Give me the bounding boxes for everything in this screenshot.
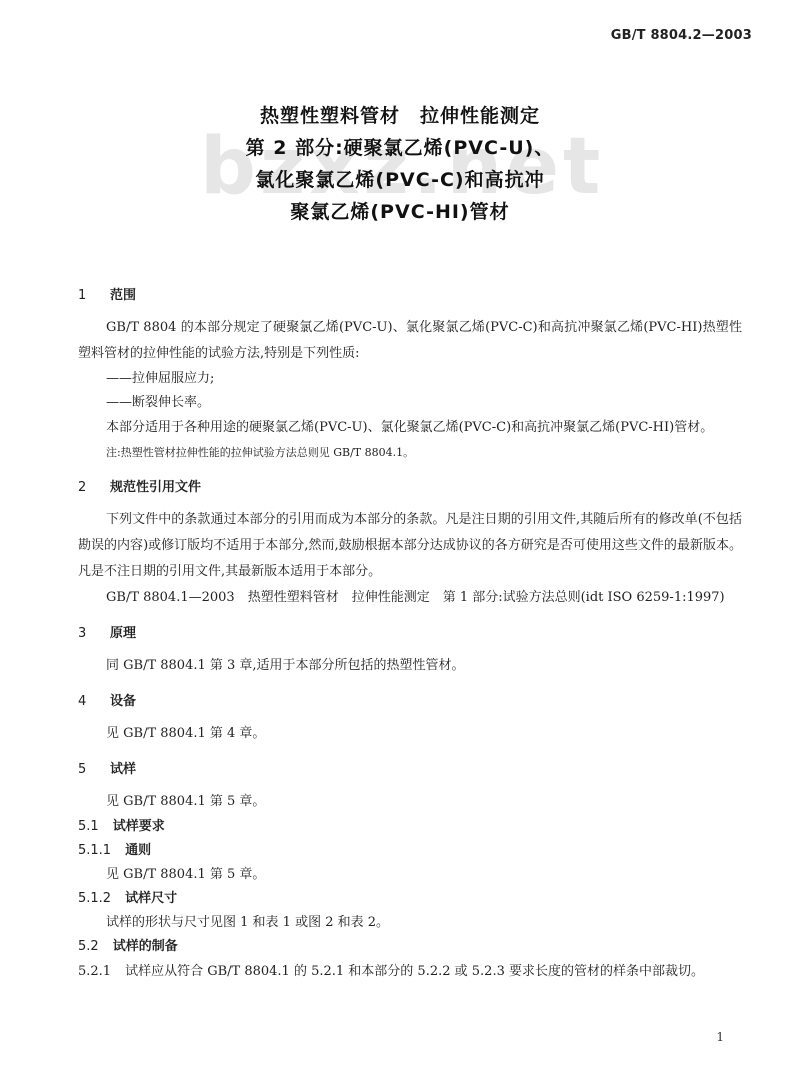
title-line: 第 2 部分:硬聚氯乙烯(PVC-U)、 bbox=[0, 132, 800, 164]
paragraph: 见 GB/T 8804.1 第 4 章。 bbox=[78, 721, 742, 747]
list-item: ——拉伸屈服应力; bbox=[78, 367, 742, 391]
subsection-heading: 5.2试样的制备 bbox=[78, 935, 742, 959]
section-title: 试样 bbox=[110, 762, 136, 777]
paragraph: 同 GB/T 8804.1 第 3 章,适用于本部分所包括的热塑性管材。 bbox=[78, 653, 742, 679]
clause-text: 试样应从符合 GB/T 8804.1 的 5.2.1 和本部分的 5.2.2 或… bbox=[125, 964, 704, 979]
clause-number: 5.2.1 bbox=[78, 964, 111, 979]
paragraph: 试样的形状与尺寸见图 1 和表 1 或图 2 和表 2。 bbox=[78, 911, 742, 935]
section-heading-apparatus: 4设备 bbox=[78, 689, 742, 715]
subsection-title: 通则 bbox=[125, 843, 151, 858]
section-number: 4 bbox=[78, 689, 110, 715]
paragraph: 本部分适用于各种用途的硬聚氯乙烯(PVC-U)、氯化聚氯乙烯(PVC-C)和高抗… bbox=[78, 415, 742, 441]
paragraph: GB/T 8804 的本部分规定了硬聚氯乙烯(PVC-U)、氯化聚氯乙烯(PVC… bbox=[78, 315, 742, 367]
note: 注:热塑性管材拉伸性能的拉伸试验方法总则见 GB/T 8804.1。 bbox=[78, 441, 742, 465]
subsection-number: 5.1.2 bbox=[78, 887, 111, 911]
paragraph: 见 GB/T 8804.1 第 5 章。 bbox=[78, 863, 742, 887]
document-body: 1范围 GB/T 8804 的本部分规定了硬聚氯乙烯(PVC-U)、氯化聚氯乙烯… bbox=[78, 283, 742, 985]
subsection-number: 5.2 bbox=[78, 935, 99, 959]
section-number: 1 bbox=[78, 283, 110, 309]
section-heading-test-pieces: 5试样 bbox=[78, 757, 742, 783]
subsection-title: 试样尺寸 bbox=[125, 891, 177, 906]
title-line: 热塑性塑料管材 拉伸性能测定 bbox=[0, 100, 800, 132]
section-title: 原理 bbox=[110, 626, 136, 641]
subsection-number: 5.1.1 bbox=[78, 839, 111, 863]
section-number: 5 bbox=[78, 757, 110, 783]
page-number: 1 bbox=[716, 1030, 724, 1044]
section-title: 设备 bbox=[110, 694, 136, 709]
paragraph: 下列文件中的条款通过本部分的引用而成为本部分的条款。凡是注日期的引用文件,其随后… bbox=[78, 507, 742, 585]
section-title: 范围 bbox=[110, 288, 136, 303]
section-number: 2 bbox=[78, 475, 110, 501]
list-item: ——断裂伸长率。 bbox=[78, 391, 742, 415]
title-line: 氯化聚氯乙烯(PVC-C)和高抗冲 bbox=[0, 164, 800, 196]
paragraph: 见 GB/T 8804.1 第 5 章。 bbox=[78, 789, 742, 815]
document-title: 热塑性塑料管材 拉伸性能测定 第 2 部分:硬聚氯乙烯(PVC-U)、 氯化聚氯… bbox=[0, 100, 800, 228]
subsection-title: 试样要求 bbox=[113, 819, 165, 834]
section-heading-normative-references: 2规范性引用文件 bbox=[78, 475, 742, 501]
subsection-heading: 5.1试样要求 bbox=[78, 815, 742, 839]
clause: 5.2.1试样应从符合 GB/T 8804.1 的 5.2.1 和本部分的 5.… bbox=[78, 959, 742, 985]
title-line: 聚氯乙烯(PVC-HI)管材 bbox=[0, 196, 800, 228]
subsection-heading: 5.1.1通则 bbox=[78, 839, 742, 863]
subsection-number: 5.1 bbox=[78, 815, 99, 839]
standard-code: GB/T 8804.2—2003 bbox=[611, 28, 752, 43]
subsection-heading: 5.1.2试样尺寸 bbox=[78, 887, 742, 911]
subsection-title: 试样的制备 bbox=[113, 939, 178, 954]
section-number: 3 bbox=[78, 621, 110, 647]
section-heading-principle: 3原理 bbox=[78, 621, 742, 647]
section-title: 规范性引用文件 bbox=[110, 480, 201, 495]
reference-entry: GB/T 8804.1—2003 热塑性塑料管材 拉伸性能测定 第 1 部分:试… bbox=[78, 585, 742, 611]
section-heading-scope: 1范围 bbox=[78, 283, 742, 309]
